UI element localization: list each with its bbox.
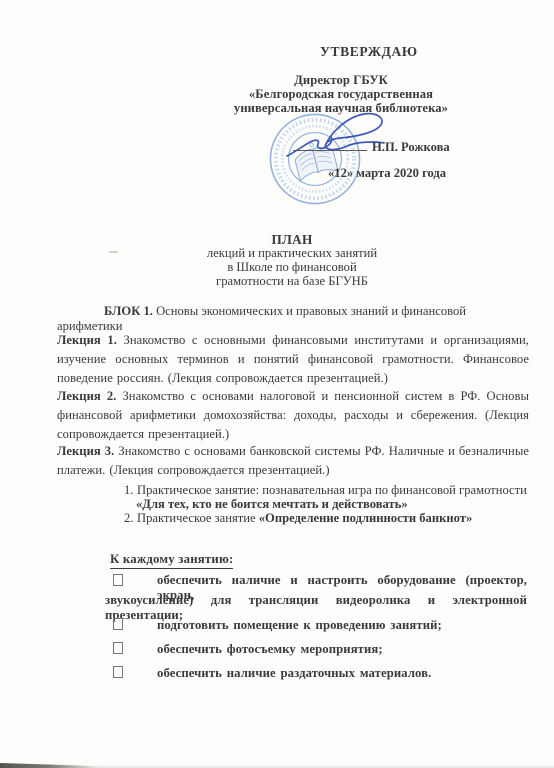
practical-item: 2.Практическое занятие «Определение подл…: [124, 511, 528, 525]
lecture-text: Знакомство с основами налоговой и пенсио…: [57, 389, 529, 441]
checklist-heading: К каждому занятию:: [110, 552, 233, 569]
document-subtitle: лекций и практических занятий в Школе по…: [57, 247, 527, 288]
lecture-label: Лекция 2.: [57, 389, 116, 403]
checklist-item: обеспечить наличие раздаточных материало…: [113, 666, 431, 681]
subtitle-line: лекций и практических занятий: [57, 247, 527, 261]
lecture-paragraph: Лекция 2. Знакомство с основами налогово…: [57, 387, 529, 444]
checkbox-icon: [113, 618, 123, 630]
block1-heading: БЛОК 1. Основы экономических и правовых …: [57, 304, 529, 334]
approval-org-line: Директор ГБУК: [188, 73, 494, 87]
checkbox-icon: [113, 666, 123, 678]
lecture-label: Лекция 1.: [57, 333, 117, 347]
block1-label: БЛОК 1.: [104, 304, 153, 318]
checklist-item: обеспечить фотосъемку мероприятия;: [113, 642, 383, 657]
lecture-paragraph: Лекция 3. Знакомство с основами банковск…: [57, 442, 529, 480]
lecture-text: Знакомство с основами банковской системы…: [57, 444, 529, 477]
checkbox-icon: [113, 642, 123, 654]
checklist-item-text: подготовить помещение к проведению занят…: [157, 618, 442, 632]
lecture-text: Знакомство с основными финансовыми инсти…: [57, 333, 529, 385]
checklist-item-text: обеспечить фотосъемку мероприятия;: [157, 642, 383, 656]
approval-org-line: «Белгородская государственная: [188, 87, 494, 101]
practical-text: Практическое занятие: [137, 511, 259, 525]
checkbox-icon: [113, 574, 123, 586]
checklist-item: подготовить помещение к проведению занят…: [113, 618, 442, 633]
lecture-paragraph: Лекция 1. Знакомство с основными финансо…: [57, 331, 529, 388]
subtitle-line: грамотности на базе БГУНБ: [57, 275, 527, 289]
signature-row: Н.П. Рожкова: [293, 139, 450, 155]
list-number: 2.: [124, 511, 137, 525]
lecture-label: Лекция 3.: [57, 444, 114, 458]
practical-text: Практическое занятие: познавательная игр…: [137, 483, 527, 497]
list-number: 1.: [124, 483, 137, 497]
practical-item-title: «Для тех, кто не боится мечтать и действ…: [136, 497, 540, 511]
approval-org-block: Директор ГБУК «Белгородская государствен…: [188, 73, 494, 115]
subtitle-line: в Школе по финансовой: [57, 261, 527, 275]
checklist-item-text: обеспечить наличие раздаточных материало…: [157, 666, 431, 680]
signature-line: [293, 139, 367, 151]
scan-speck: [109, 251, 118, 253]
practical-item: 1.Практическое занятие: познавательная и…: [124, 483, 528, 497]
practical-item-title: «Определение подлинности банкнот»: [259, 511, 473, 525]
approval-date: «12» марта 2020 года: [328, 166, 446, 181]
scanned-document-page: УТВЕРЖДАЮ Директор ГБУК «Белгородская го…: [0, 0, 554, 768]
approval-heading: УТВЕРЖДАЮ: [320, 44, 418, 60]
signer-name: Н.П. Рожкова: [372, 140, 450, 154]
